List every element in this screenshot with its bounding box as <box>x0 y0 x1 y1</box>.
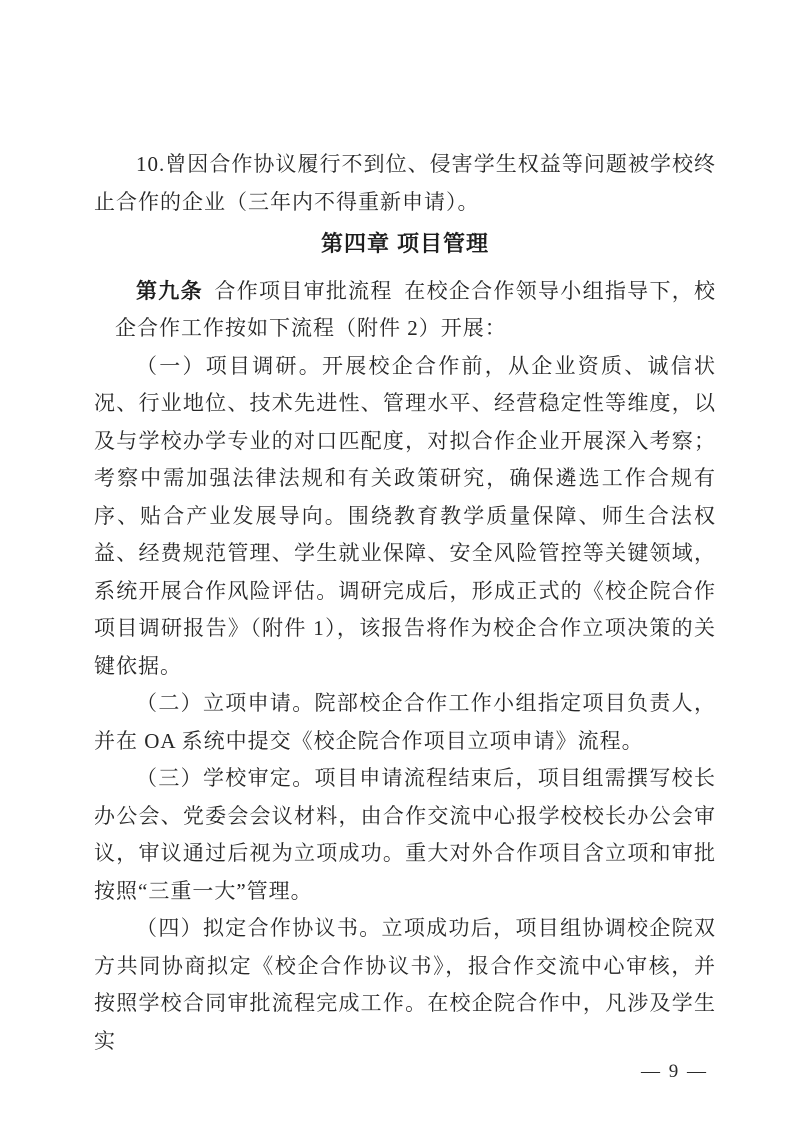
paragraph-step-2: （二）立项申请。院部校企合作工作小组指定项目负责人，并在 OA 系统中提交《校企… <box>94 685 716 760</box>
page-body: 10.曾因合作协议履行不到位、侵害学生权益等问题被学校终止合作的企业（三年内不得… <box>94 146 716 1060</box>
chapter-heading: 第四章 项目管理 <box>94 225 716 263</box>
article-body-text: 在校企合作领导小组指导下，校企合作工作按如下流程（附件 2）开展： <box>115 279 716 341</box>
page-number: — 9 — <box>641 1061 708 1083</box>
paragraph-step-1: （一）项目调研。开展校企合作前，从企业资质、诚信状况、行业地位、技术先进性、管理… <box>94 348 716 686</box>
paragraph-item-10: 10.曾因合作协议履行不到位、侵害学生权益等问题被学校终止合作的企业（三年内不得… <box>94 146 716 221</box>
article-title: 合作项目审批流程 <box>214 279 392 303</box>
document-page: 10.曾因合作协议履行不到位、侵害学生权益等问题被学校终止合作的企业（三年内不得… <box>0 0 794 1123</box>
paragraph-step-4: （四）拟定合作协议书。立项成功后，项目组协调校企院双方共同协商拟定《校企合作协议… <box>94 910 716 1060</box>
paragraph-article-9: 第九条合作项目审批流程在校企合作领导小组指导下，校企合作工作按如下流程（附件 2… <box>94 273 716 348</box>
paragraph-step-3: （三）学校审定。项目申请流程结束后，项目组需撰写校长办公会、党委会会议材料，由合… <box>94 760 716 910</box>
article-number: 第九条 <box>136 280 203 303</box>
